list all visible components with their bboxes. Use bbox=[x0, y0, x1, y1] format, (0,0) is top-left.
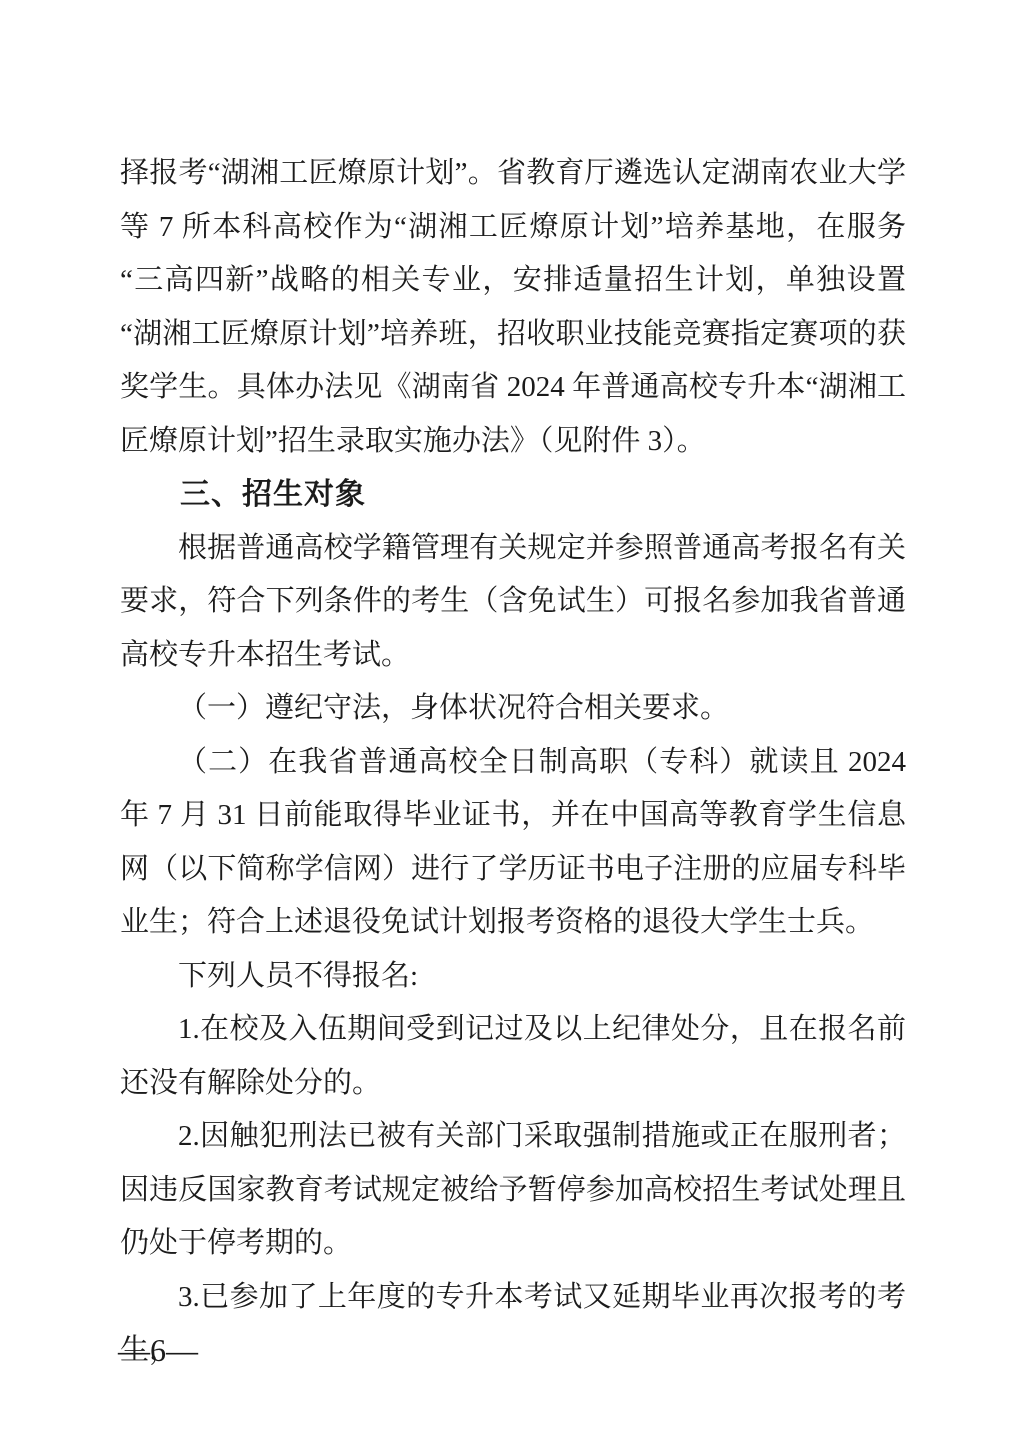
page-footer: —6— bbox=[118, 1332, 198, 1368]
paragraph-not-allowed-1: 1.在校及入伍期间受到记过及以上纪律处分，且在报名前还没有解除处分的。 bbox=[120, 1003, 906, 1110]
document-page: 择报考“湖湘工匠燎原计划”。省教育厅遴选认定湖南农业大学等 7 所本科高校作为“… bbox=[0, 0, 1024, 1448]
paragraph-not-allowed-intro: 下列人员不得报名: bbox=[120, 950, 906, 1004]
paragraph-liaoyuan-plan: 择报考“湖湘工匠燎原计划”。省教育厅遴选认定湖南农业大学等 7 所本科高校作为“… bbox=[120, 147, 906, 468]
paragraph-condition-2: （二）在我省普通高校全日制高职（专科）就读且 2024 年 7 月 31 日前能… bbox=[120, 736, 906, 950]
document-body: 择报考“湖湘工匠燎原计划”。省教育厅遴选认定湖南农业大学等 7 所本科高校作为“… bbox=[120, 147, 906, 1378]
page-number: —6— bbox=[118, 1332, 198, 1368]
section-heading-enrollment-targets: 三、招生对象 bbox=[120, 468, 906, 522]
paragraph-not-allowed-2: 2.因触犯刑法已被有关部门采取强制措施或正在服刑者；因违反国家教育考试规定被给予… bbox=[120, 1110, 906, 1271]
paragraph-not-allowed-3: 3.已参加了上年度的专升本考试又延期毕业再次报考的考生， bbox=[120, 1271, 906, 1378]
paragraph-condition-1: （一）遵纪守法，身体状况符合相关要求。 bbox=[120, 682, 906, 736]
paragraph-general-requirements: 根据普通高校学籍管理有关规定并参照普通高考报名有关要求，符合下列条件的考生（含免… bbox=[120, 522, 906, 683]
